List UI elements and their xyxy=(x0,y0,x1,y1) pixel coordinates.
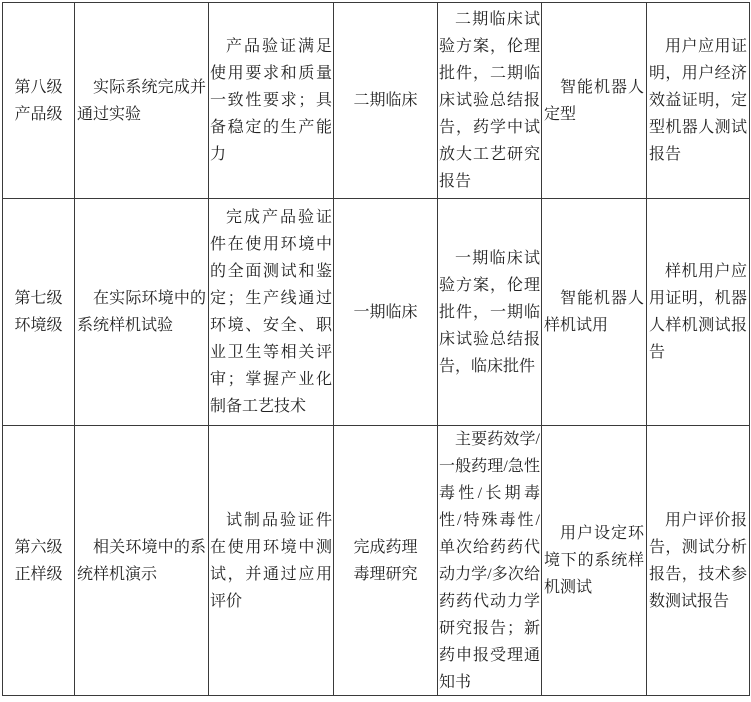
cell-clinical-stage: 一期临床 xyxy=(334,199,438,426)
level-label: 第六级 正样级 xyxy=(5,534,72,588)
cell-milestone: 实际系统完成并通过实验 xyxy=(75,3,209,199)
cell-level: 第六级 正样级 xyxy=(3,426,75,696)
cell-level: 第七级 环境级 xyxy=(3,199,75,426)
robot-documents-text: 用户评价报告，测试分析报告，技术参数测试报告 xyxy=(649,507,747,615)
cell-robot-documents: 用户应用证明，用户经济效益证明，定型机器人测试报告 xyxy=(647,3,750,199)
level-label: 第七级 环境级 xyxy=(5,285,72,339)
milestone-text: 相关环境中的系统样机演示 xyxy=(77,534,206,588)
readiness-level-table: 第八级 产品级 实际系统完成并通过实验 产品验证满足使用要求和质量一致性要求；具… xyxy=(2,2,750,696)
criteria-text: 完成产品验证件在使用环境中的全面测试和鉴定；生产线通过环境、安全、职业卫生等相关… xyxy=(210,204,332,420)
robot-stage-text: 用户设定环境下的系统样机测试 xyxy=(544,520,644,601)
clinical-stage-label: 二期临床 xyxy=(336,87,435,114)
robot-stage-text: 智能机器人样机试用 xyxy=(544,285,644,339)
cell-robot-stage: 智能机器人样机试用 xyxy=(542,199,647,426)
criteria-text: 试制品验证件在使用环境中测试，并通过应用评价 xyxy=(210,507,332,615)
clinical-stage-label: 一期临床 xyxy=(336,299,435,326)
clinical-documents-text: 一期临床试验方案，伦理批件，一期临床试验总结报告，临床批件 xyxy=(439,245,540,380)
milestone-text: 实际系统完成并通过实验 xyxy=(77,74,206,128)
clinical-documents-text: 二期临床试验方案，伦理批件，二期临床试验总结报告，药学中试放大工艺研究报告 xyxy=(439,6,540,195)
cell-clinical-stage: 二期临床 xyxy=(334,3,438,199)
cell-robot-documents: 样机用户应用证明，机器人样机测试报告 xyxy=(647,199,750,426)
cell-robot-stage: 用户设定环境下的系统样机测试 xyxy=(542,426,647,696)
robot-documents-text: 样机用户应用证明，机器人样机测试报告 xyxy=(649,258,747,366)
cell-clinical-documents: 主要药效学/一般药理/急性毒性/长期毒性/特殊毒性/单次给药药代动力学/多次给药… xyxy=(438,426,542,696)
cell-clinical-documents: 二期临床试验方案，伦理批件，二期临床试验总结报告，药学中试放大工艺研究报告 xyxy=(438,3,542,199)
cell-criteria: 试制品验证件在使用环境中测试，并通过应用评价 xyxy=(209,426,334,696)
cell-criteria: 完成产品验证件在使用环境中的全面测试和鉴定；生产线通过环境、安全、职业卫生等相关… xyxy=(209,199,334,426)
criteria-text: 产品验证满足使用要求和质量一致性要求；具备稳定的生产能力 xyxy=(210,33,332,168)
cell-robot-stage: 智能机器人定型 xyxy=(542,3,647,199)
level-label: 第八级 产品级 xyxy=(5,74,72,128)
clinical-documents-text: 主要药效学/一般药理/急性毒性/长期毒性/特殊毒性/单次给药药代动力学/多次给药… xyxy=(439,426,540,696)
cell-robot-documents: 用户评价报告，测试分析报告，技术参数测试报告 xyxy=(647,426,750,696)
cell-criteria: 产品验证满足使用要求和质量一致性要求；具备稳定的生产能力 xyxy=(209,3,334,199)
clinical-stage-label: 完成药理 毒理研究 xyxy=(336,534,435,588)
milestone-text: 在实际环境中的系统样机试验 xyxy=(77,285,206,339)
cell-milestone: 在实际环境中的系统样机试验 xyxy=(75,199,209,426)
cell-clinical-documents: 一期临床试验方案，伦理批件，一期临床试验总结报告，临床批件 xyxy=(438,199,542,426)
cell-milestone: 相关环境中的系统样机演示 xyxy=(75,426,209,696)
robot-stage-text: 智能机器人定型 xyxy=(544,74,644,128)
cell-level: 第八级 产品级 xyxy=(3,3,75,199)
robot-documents-text: 用户应用证明，用户经济效益证明，定型机器人测试报告 xyxy=(649,33,747,168)
cell-clinical-stage: 完成药理 毒理研究 xyxy=(334,426,438,696)
